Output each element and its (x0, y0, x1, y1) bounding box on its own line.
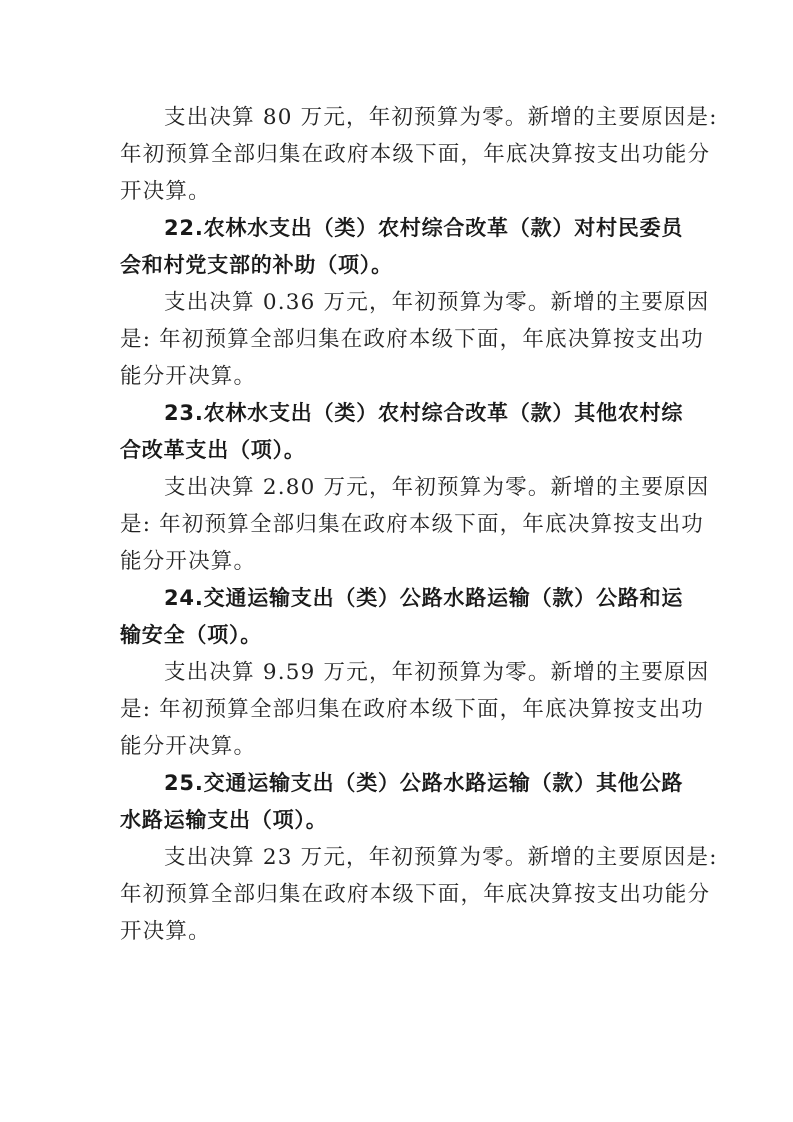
heading-line: 水路运输支出（项）。 (120, 802, 673, 839)
text-line: 开决算。 (120, 913, 673, 950)
text-line: 支出决算 80 万元，年初预算为零。新增的主要原因是: (120, 99, 673, 136)
text-line: 能分开决算。 (120, 728, 673, 765)
paragraph-item-24-explanation: 支出决算 9.59 万元，年初预算为零。新增的主要原因 是: 年初预算全部归集在… (120, 654, 673, 765)
paragraph-item-25-explanation: 支出决算 23 万元，年初预算为零。新增的主要原因是: 年初预算全部归集在政府本… (120, 839, 673, 950)
section-heading-25: 25.交通运输支出（类）公路水路运输（款）其他公路 水路运输支出（项）。 (120, 765, 673, 839)
heading-line: 合改革支出（项）。 (120, 432, 673, 469)
section-heading-22: 22.农林水支出（类）农村综合改革（款）对村民委员 会和村党支部的补助（项）。 (120, 210, 673, 284)
heading-line: 会和村党支部的补助（项）。 (120, 247, 673, 284)
text-line: 是: 年初预算全部归集在政府本级下面，年底决算按支出功 (120, 321, 673, 358)
text-line: 是: 年初预算全部归集在政府本级下面，年底决算按支出功 (120, 506, 673, 543)
text-line: 支出决算 9.59 万元，年初预算为零。新增的主要原因 (120, 654, 673, 691)
section-heading-23: 23.农林水支出（类）农村综合改革（款）其他农村综 合改革支出（项）。 (120, 395, 673, 469)
heading-line: 25.交通运输支出（类）公路水路运输（款）其他公路 (120, 765, 673, 802)
paragraph-item-23-explanation: 支出决算 2.80 万元，年初预算为零。新增的主要原因 是: 年初预算全部归集在… (120, 469, 673, 580)
text-line: 是: 年初预算全部归集在政府本级下面，年底决算按支出功 (120, 691, 673, 728)
text-line: 能分开决算。 (120, 358, 673, 395)
paragraph-item-21-explanation: 支出决算 80 万元，年初预算为零。新增的主要原因是: 年初预算全部归集在政府本… (120, 99, 673, 210)
text-line: 开决算。 (120, 173, 673, 210)
text-line: 能分开决算。 (120, 543, 673, 580)
text-line: 支出决算 0.36 万元，年初预算为零。新增的主要原因 (120, 284, 673, 321)
section-heading-24: 24.交通运输支出（类）公路水路运输（款）公路和运 输安全（项）。 (120, 580, 673, 654)
heading-line: 22.农林水支出（类）农村综合改革（款）对村民委员 (120, 210, 673, 247)
paragraph-item-22-explanation: 支出决算 0.36 万元，年初预算为零。新增的主要原因 是: 年初预算全部归集在… (120, 284, 673, 395)
text-line: 年初预算全部归集在政府本级下面，年底决算按支出功能分 (120, 876, 673, 913)
text-line: 支出决算 2.80 万元，年初预算为零。新增的主要原因 (120, 469, 673, 506)
heading-line: 输安全（项）。 (120, 617, 673, 654)
text-line: 年初预算全部归集在政府本级下面，年底决算按支出功能分 (120, 136, 673, 173)
document-page: 支出决算 80 万元，年初预算为零。新增的主要原因是: 年初预算全部归集在政府本… (120, 99, 673, 950)
heading-line: 23.农林水支出（类）农村综合改革（款）其他农村综 (120, 395, 673, 432)
heading-line: 24.交通运输支出（类）公路水路运输（款）公路和运 (120, 580, 673, 617)
text-line: 支出决算 23 万元，年初预算为零。新增的主要原因是: (120, 839, 673, 876)
